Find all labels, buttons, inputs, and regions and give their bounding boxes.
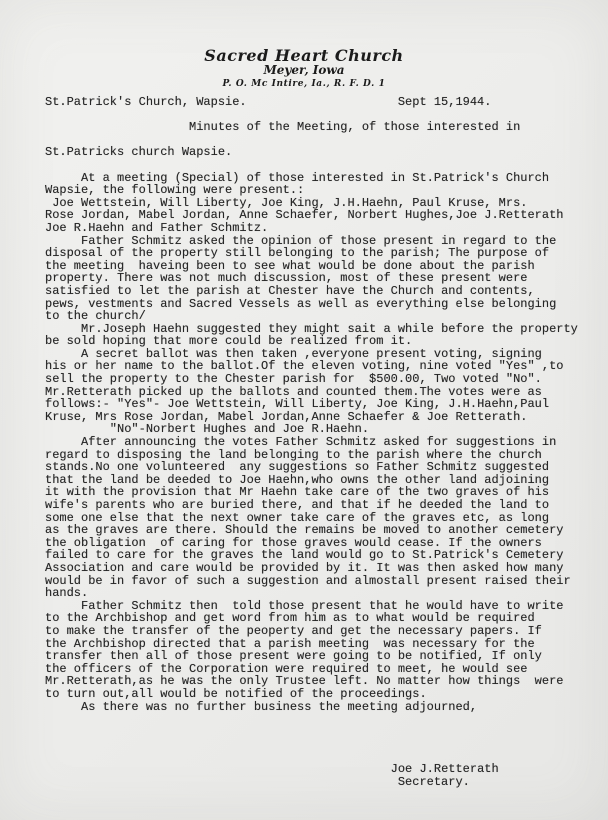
letterhead-church-name: Sacred Heart Church [0, 48, 608, 63]
blank-line [45, 713, 600, 726]
doc-church-line: St.Patrick's Church, Wapsie. [45, 95, 247, 109]
signature-title: Secretary. [45, 776, 600, 789]
letterhead-location: Meyer, Iowa [0, 64, 608, 77]
letterhead: Sacred Heart Church Meyer, Iowa P. O. Mc… [0, 48, 608, 89]
doc-header-line: St.Patrick's Church, Wapsie.Sept 15,1944… [45, 96, 600, 109]
blank-line [45, 159, 600, 172]
doc-subject-line-1: Minutes of the Meeting, of those interes… [45, 121, 600, 134]
blank-line [45, 726, 600, 739]
signature-name: Joe J.Retterath [45, 763, 600, 776]
document-page: Sacred Heart Church Meyer, Iowa P. O. Mc… [0, 0, 608, 820]
letterhead-address: P. O. Mc Intire, Ia., R. F. D. 1 [0, 79, 608, 89]
doc-date: Sept 15,1944. [398, 96, 492, 109]
blank-line [45, 738, 600, 751]
blank-line [45, 751, 600, 764]
doc-subject-line-2: St.Patricks church Wapsie. [45, 146, 600, 159]
doc-body-text: At a meeting (Special) of those interest… [45, 172, 600, 714]
typed-document: St.Patrick's Church, Wapsie.Sept 15,1944… [45, 96, 600, 789]
